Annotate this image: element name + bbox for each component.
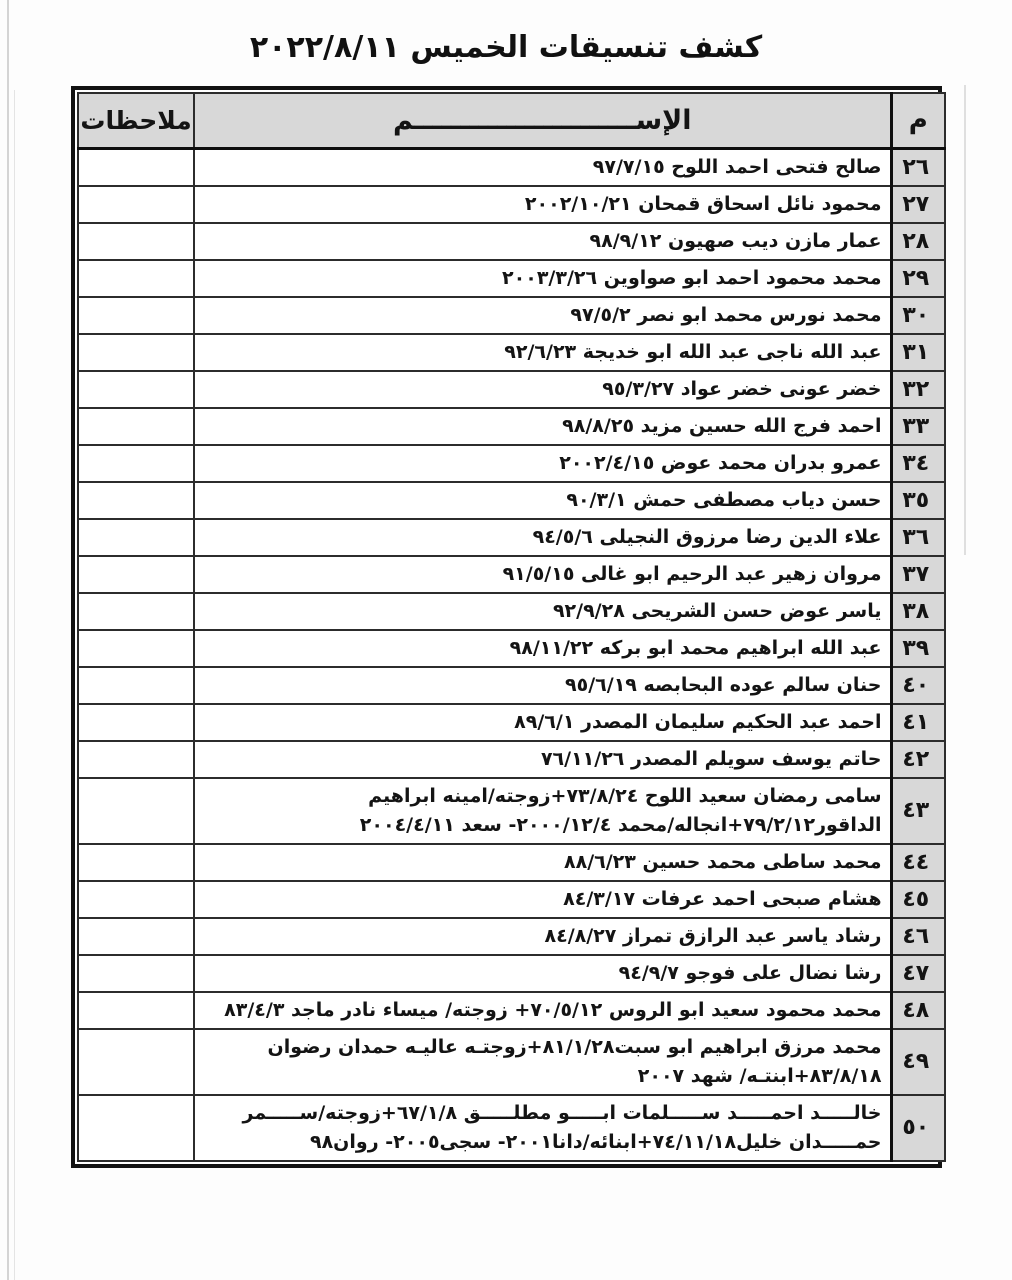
row-number-cell: ٤٢	[891, 741, 945, 778]
row-name-cell: محمود نائل اسحاق قمحان ٢٠٠٢/١٠/٢١	[194, 186, 891, 223]
row-number-cell: ٣٠	[891, 297, 945, 334]
row-name-cell: عبد الله ناجى عبد الله ابو خديجة ٩٢/٦/٢٣	[194, 334, 891, 371]
table-row: ٤٤محمد ساطى محمد حسين ٨٨/٦/٢٣	[78, 844, 945, 881]
row-notes-cell	[78, 630, 194, 667]
row-name-cell: محمد محمود سعيد ابو الروس ٧٠/٥/١٢+ زوجته…	[194, 992, 891, 1029]
row-number-cell: ٢٩	[891, 260, 945, 297]
table-row: ٢٧محمود نائل اسحاق قمحان ٢٠٠٢/١٠/٢١	[78, 186, 945, 223]
header-name: الإســــــــــــــــــــــــم	[194, 93, 891, 148]
row-name-cell: مروان زهير عبد الرحيم ابو غالى ٩١/٥/١٥	[194, 556, 891, 593]
table-row: ٣٣احمد فرج الله حسين مزيد ٩٨/٨/٢٥	[78, 408, 945, 445]
page-edge-artifact	[964, 85, 966, 555]
row-number-cell: ٤٥	[891, 881, 945, 918]
row-name-cell: حاتم يوسف سويلم المصدر ٧٦/١١/٢٦	[194, 741, 891, 778]
row-notes-cell	[78, 881, 194, 918]
row-name-cell: احمد عبد الحكيم سليمان المصدر ٨٩/٦/١	[194, 704, 891, 741]
table-row: ٢٩محمد محمود احمد ابو صواوين ٢٠٠٣/٣/٢٦	[78, 260, 945, 297]
table-row: ٣٩عبد الله ابراهيم محمد ابو بركه ٩٨/١١/٢…	[78, 630, 945, 667]
row-number-cell: ٤١	[891, 704, 945, 741]
table-row: ٣١عبد الله ناجى عبد الله ابو خديجة ٩٢/٦/…	[78, 334, 945, 371]
row-name-cell: حنان سالم عوده البحابصه ٩٥/٦/١٩	[194, 667, 891, 704]
row-notes-cell	[78, 1029, 194, 1095]
row-notes-cell	[78, 371, 194, 408]
row-notes-cell	[78, 445, 194, 482]
row-name-cell: عمرو بدران محمد عوض ٢٠٠٢/٤/١٥	[194, 445, 891, 482]
row-name-cell: محمد ساطى محمد حسين ٨٨/٦/٢٣	[194, 844, 891, 881]
row-number-cell: ٣١	[891, 334, 945, 371]
table-row: ٤٨محمد محمود سعيد ابو الروس ٧٠/٥/١٢+ زوج…	[78, 992, 945, 1029]
row-notes-cell	[78, 955, 194, 992]
row-name-cell: عبد الله ابراهيم محمد ابو بركه ٩٨/١١/٢٢	[194, 630, 891, 667]
row-notes-cell	[78, 1095, 194, 1161]
row-number-cell: ٣٧	[891, 556, 945, 593]
document-page: كشف تنسيقات الخميس ٢٠٢٢/٨/١١ م الإســـــ…	[0, 0, 1012, 1280]
header-row: م الإســــــــــــــــــــــــم ملاحظات	[78, 93, 945, 148]
coordination-table-frame: م الإســــــــــــــــــــــــم ملاحظات …	[71, 86, 942, 1168]
row-name-cell: محمد مرزق ابراهيم ابو سبت٨١/١/٢٨+زوجتـه …	[194, 1029, 891, 1095]
table-row: ٤٥هشام صبحى احمد عرفات ٨٤/٣/١٧	[78, 881, 945, 918]
table-row: ٤١احمد عبد الحكيم سليمان المصدر ٨٩/٦/١	[78, 704, 945, 741]
row-number-cell: ٤٤	[891, 844, 945, 881]
row-notes-cell	[78, 741, 194, 778]
row-name-cell: خضر عونى خضر عواد ٩٥/٣/٢٧	[194, 371, 891, 408]
row-number-cell: ٣٨	[891, 593, 945, 630]
row-notes-cell	[78, 556, 194, 593]
header-notes: ملاحظات	[78, 93, 194, 148]
row-name-cell: ياسر عوض حسن الشريحى ٩٢/٩/٢٨	[194, 593, 891, 630]
row-number-cell: ٣٦	[891, 519, 945, 556]
row-number-cell: ٥٠	[891, 1095, 945, 1161]
row-number-cell: ٣٣	[891, 408, 945, 445]
table-row: ٤٧رشا نضال على فوجو ٩٤/٩/٧	[78, 955, 945, 992]
page-edge-artifact	[7, 0, 9, 1280]
table-row: ٣٤عمرو بدران محمد عوض ٢٠٠٢/٤/١٥	[78, 445, 945, 482]
header-number: م	[891, 93, 945, 148]
row-notes-cell	[78, 148, 194, 186]
table-header: م الإســــــــــــــــــــــــم ملاحظات	[78, 93, 945, 148]
row-number-cell: ٢٧	[891, 186, 945, 223]
table-row: ٤٩محمد مرزق ابراهيم ابو سبت٨١/١/٢٨+زوجتـ…	[78, 1029, 945, 1095]
table-row: ٢٦صالح فتحى احمد اللوح ٩٧/٧/١٥	[78, 148, 945, 186]
row-notes-cell	[78, 704, 194, 741]
table-row: ٣٥حسن دياب مصطفى حمش ٩٠/٣/١	[78, 482, 945, 519]
row-notes-cell	[78, 593, 194, 630]
table-row: ٤٢حاتم يوسف سويلم المصدر ٧٦/١١/٢٦	[78, 741, 945, 778]
row-name-cell: خالـــــد احمـــــد ســـــلمات ابـــــو …	[194, 1095, 891, 1161]
row-name-cell: صالح فتحى احمد اللوح ٩٧/٧/١٥	[194, 148, 891, 186]
row-notes-cell	[78, 334, 194, 371]
row-notes-cell	[78, 482, 194, 519]
table-row: ٣٨ياسر عوض حسن الشريحى ٩٢/٩/٢٨	[78, 593, 945, 630]
row-number-cell: ٢٦	[891, 148, 945, 186]
row-name-cell: رشاد ياسر عبد الرازق تمراز ٨٤/٨/٢٧	[194, 918, 891, 955]
row-notes-cell	[78, 918, 194, 955]
row-name-cell: سامى رمضان سعيد اللوح ٧٣/٨/٢٤+زوجته/امين…	[194, 778, 891, 844]
row-number-cell: ٤٣	[891, 778, 945, 844]
table-row: ٣٧مروان زهير عبد الرحيم ابو غالى ٩١/٥/١٥	[78, 556, 945, 593]
table-row: ٣٠محمد نورس محمد ابو نصر ٩٧/٥/٢	[78, 297, 945, 334]
row-number-cell: ٤٨	[891, 992, 945, 1029]
row-notes-cell	[78, 778, 194, 844]
table-row: ٢٨عمار مازن ديب صهيون ٩٨/٩/١٢	[78, 223, 945, 260]
row-number-cell: ٤٠	[891, 667, 945, 704]
row-number-cell: ٤٩	[891, 1029, 945, 1095]
row-name-cell: علاء الدين رضا مرزوق النجيلى ٩٤/٥/٦	[194, 519, 891, 556]
row-notes-cell	[78, 260, 194, 297]
row-notes-cell	[78, 223, 194, 260]
row-notes-cell	[78, 297, 194, 334]
row-number-cell: ٣٥	[891, 482, 945, 519]
coordination-table: م الإســــــــــــــــــــــــم ملاحظات …	[77, 92, 946, 1162]
table-row: ٤٠حنان سالم عوده البحابصه ٩٥/٦/١٩	[78, 667, 945, 704]
row-name-cell: عمار مازن ديب صهيون ٩٨/٩/١٢	[194, 223, 891, 260]
table-row: ٤٦رشاد ياسر عبد الرازق تمراز ٨٤/٨/٢٧	[78, 918, 945, 955]
row-name-cell: رشا نضال على فوجو ٩٤/٩/٧	[194, 955, 891, 992]
row-number-cell: ٣٩	[891, 630, 945, 667]
row-notes-cell	[78, 408, 194, 445]
page-edge-artifact	[14, 90, 15, 1280]
row-notes-cell	[78, 667, 194, 704]
table-row: ٣٦علاء الدين رضا مرزوق النجيلى ٩٤/٥/٦	[78, 519, 945, 556]
table-row: ٥٠خالـــــد احمـــــد ســـــلمات ابـــــ…	[78, 1095, 945, 1161]
row-name-cell: هشام صبحى احمد عرفات ٨٤/٣/١٧	[194, 881, 891, 918]
row-name-cell: حسن دياب مصطفى حمش ٩٠/٣/١	[194, 482, 891, 519]
row-number-cell: ٤٧	[891, 955, 945, 992]
row-number-cell: ٢٨	[891, 223, 945, 260]
row-name-cell: محمد نورس محمد ابو نصر ٩٧/٥/٢	[194, 297, 891, 334]
row-name-cell: احمد فرج الله حسين مزيد ٩٨/٨/٢٥	[194, 408, 891, 445]
row-notes-cell	[78, 992, 194, 1029]
row-notes-cell	[78, 519, 194, 556]
row-number-cell: ٣٤	[891, 445, 945, 482]
table-row: ٤٣سامى رمضان سعيد اللوح ٧٣/٨/٢٤+زوجته/ام…	[78, 778, 945, 844]
table-row: ٣٢خضر عونى خضر عواد ٩٥/٣/٢٧	[78, 371, 945, 408]
row-name-cell: محمد محمود احمد ابو صواوين ٢٠٠٣/٣/٢٦	[194, 260, 891, 297]
row-number-cell: ٣٢	[891, 371, 945, 408]
page-title: كشف تنسيقات الخميس ٢٠٢٢/٨/١١	[0, 0, 1012, 65]
table-body: ٢٦صالح فتحى احمد اللوح ٩٧/٧/١٥٢٧محمود نا…	[78, 148, 945, 1161]
row-number-cell: ٤٦	[891, 918, 945, 955]
row-notes-cell	[78, 186, 194, 223]
row-notes-cell	[78, 844, 194, 881]
